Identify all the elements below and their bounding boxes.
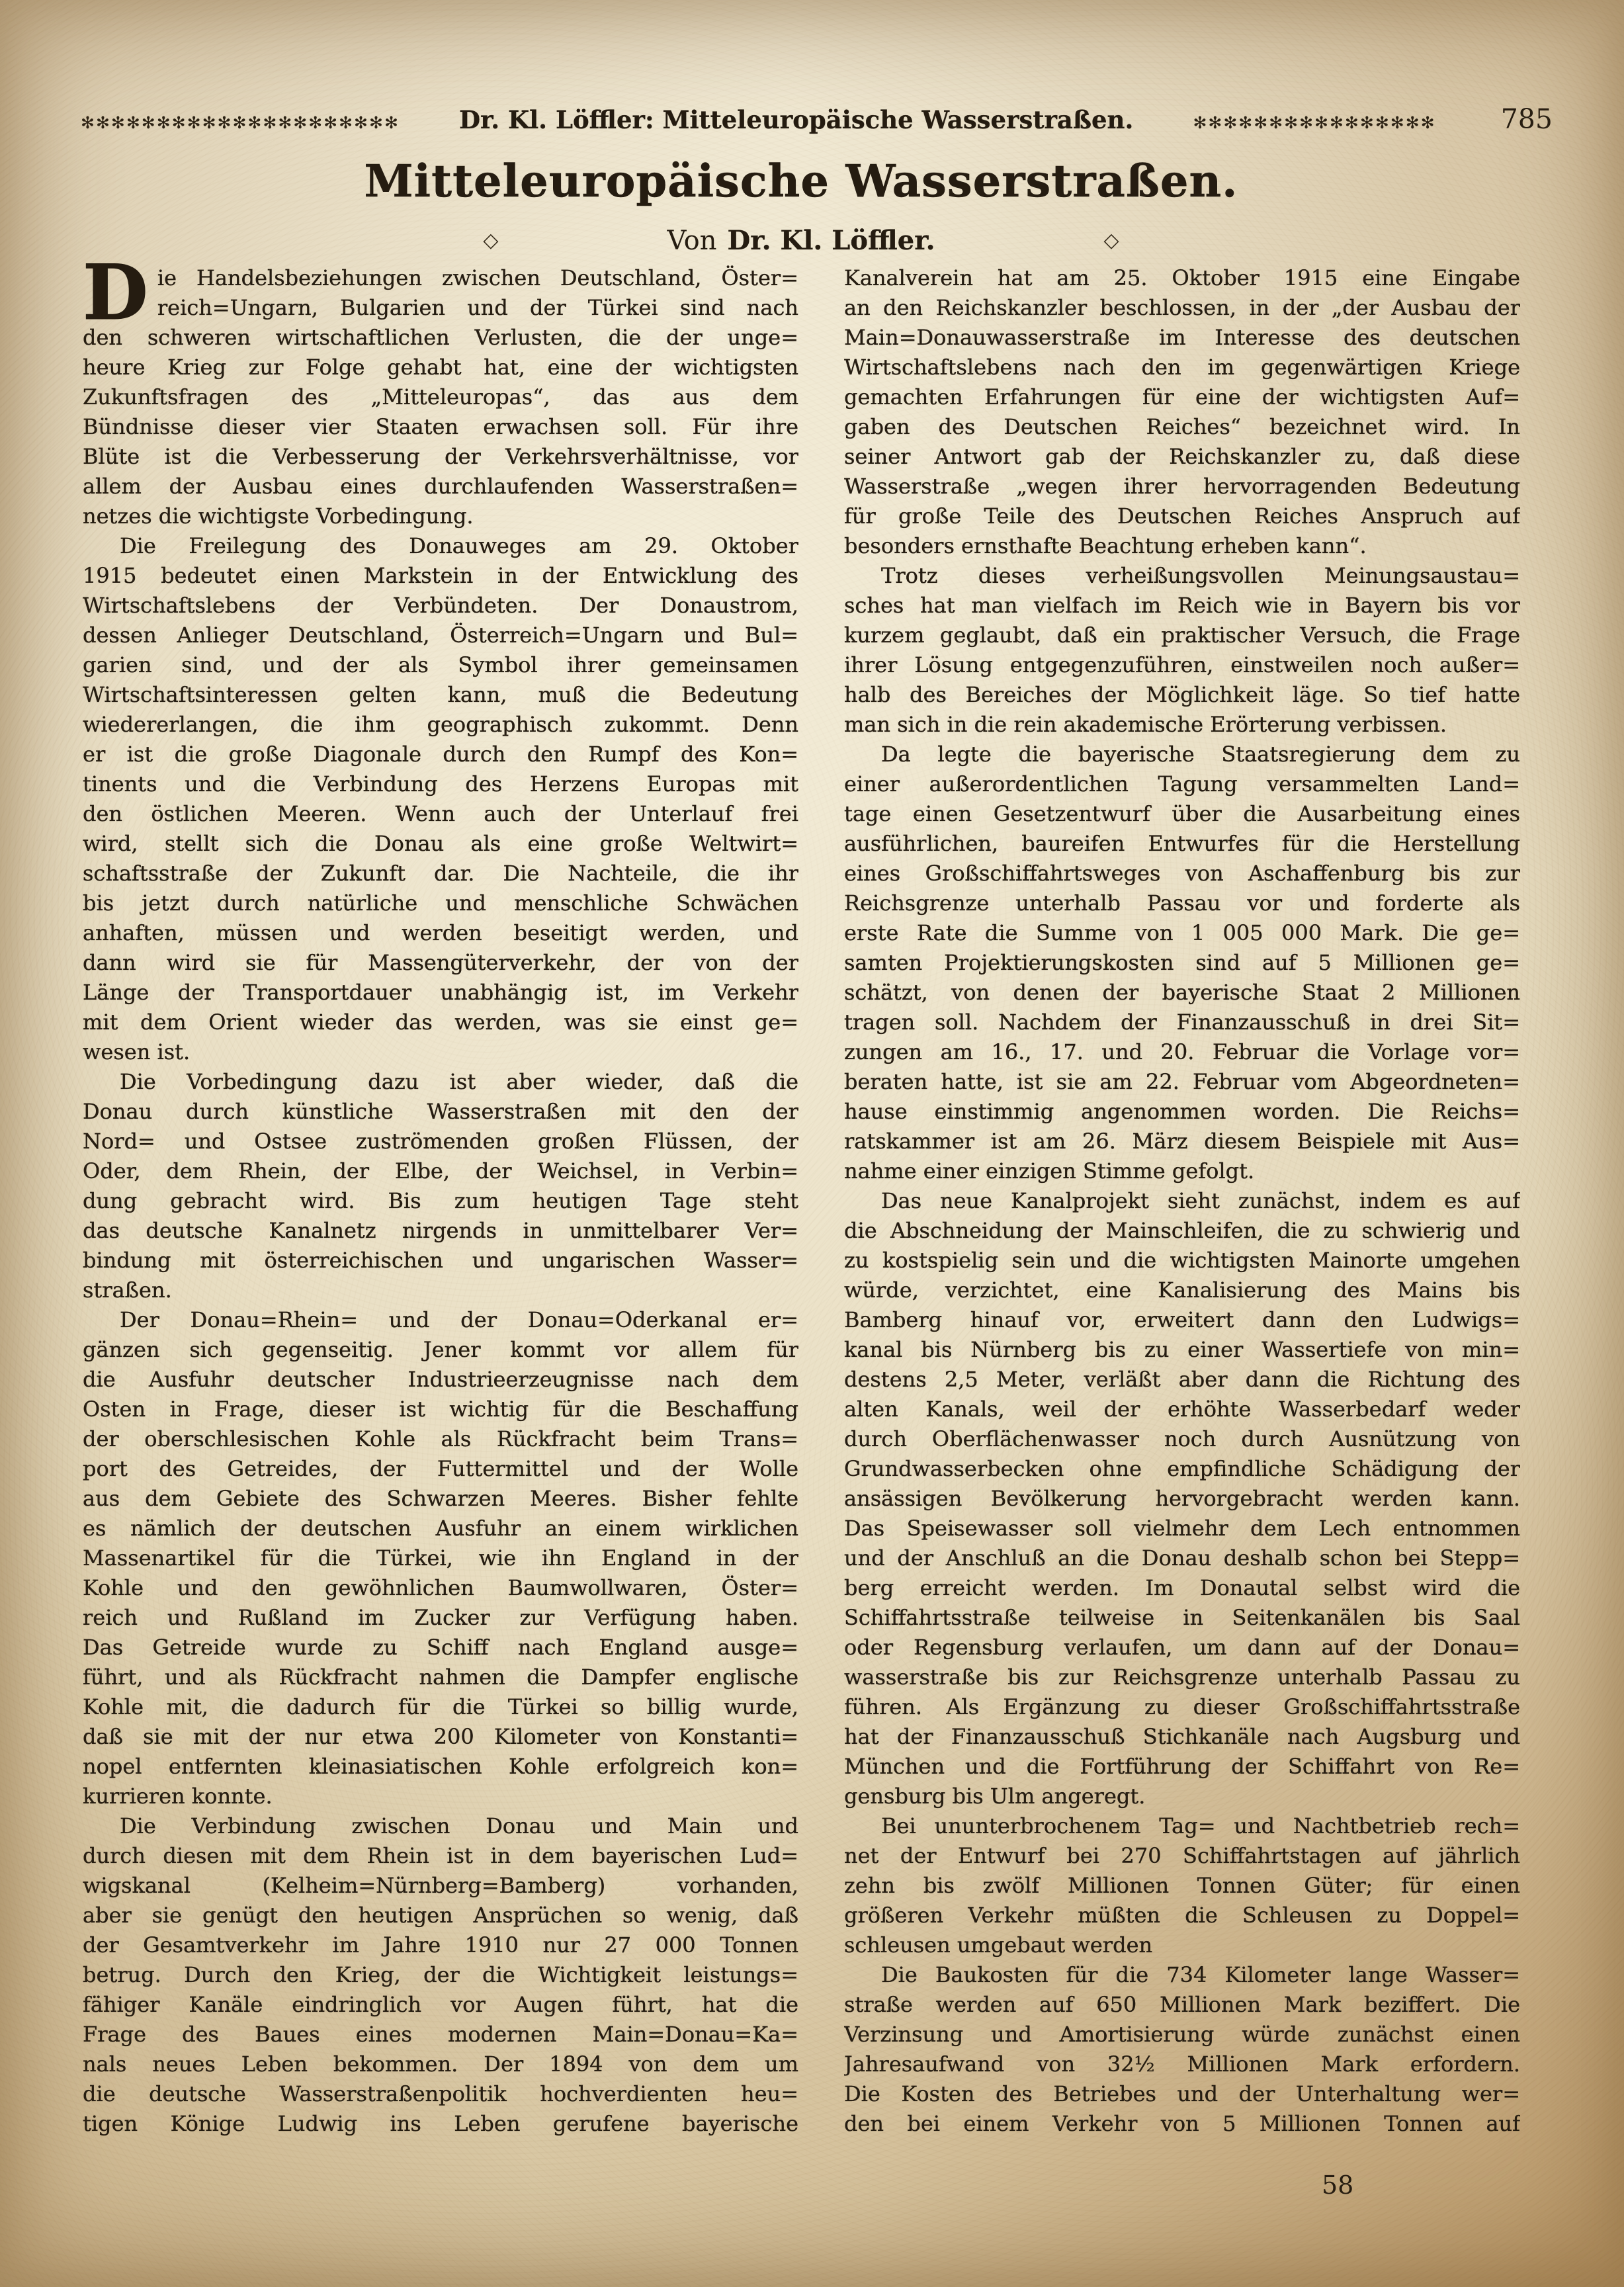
text-line: Main=Donauwasserstraße im Interesse des … [844,323,1520,353]
text-line: allem der Ausbau eines durchlaufenden Wa… [83,472,798,501]
text-line: dessen Anlieger Deutschland, Österreich=… [83,621,798,650]
running-head: ✻✻✻✻✻✻✻✻✻✻✻✻✻✻✻✻✻✻✻✻✻ Dr. Kl. Löffler: M… [81,103,1553,135]
text-line: beraten hatte, ist sie am 22. Februar vo… [844,1067,1520,1097]
text-line: und der Anschluß an die Donau deshalb sc… [844,1543,1520,1573]
byline-author: Dr. Kl. Löffler. [728,225,935,256]
text-line: tinents und die Verbindung des Herzens E… [83,769,798,799]
text-line: alten Kanals, weil der erhöhte Wasserbed… [844,1395,1520,1424]
text-line: garien sind, und der als Symbol ihrer ge… [83,650,798,680]
text-line: hause einstimmig angenommen worden. Die … [844,1097,1520,1127]
text-line: den östlichen Meeren. Wenn auch der Unte… [83,799,798,829]
text-line: Bamberg hinauf vor, erweitert dann den L… [844,1305,1520,1335]
text-line: dann wird sie für Massengüterverkehr, de… [83,948,798,978]
text-line: Kanalverein hat am 25. Oktober 1915 eine… [844,263,1520,293]
text-line: das deutsche Kanalnetz nirgends in unmit… [83,1216,798,1246]
ornament-row-left-icon: ✻✻✻✻✻✻✻✻✻✻✻✻✻✻✻✻✻✻✻✻✻ [81,113,400,132]
text-line: bindung mit österreichischen und ungaris… [83,1246,798,1275]
text-line: Die Kosten des Betriebes und der Unterha… [844,2079,1520,2109]
text-line: tragen soll. Nachdem der Finanzausschuß … [844,1008,1520,1037]
text-line: seiner Antwort gab der Reichskanzler zu,… [844,442,1520,472]
text-line: München und die Fortführung der Schiffah… [844,1752,1520,1782]
paragraph: Die Handelsbeziehungen zwischen Deutschl… [83,263,798,531]
text-line: Kohle und den gewöhnlichen Baumwollwaren… [83,1573,798,1603]
text-line: nals neues Leben bekommen. Der 1894 von … [83,2050,798,2079]
text-line: Bündnisse dieser vier Staaten erwachsen … [83,412,798,442]
scanned-journal-page: ✻✻✻✻✻✻✻✻✻✻✻✻✻✻✻✻✻✻✻✻✻ Dr. Kl. Löffler: M… [0,0,1624,2287]
text-line: Die Baukosten für die 734 Kilometer lang… [844,1960,1520,1990]
text-line: Donau durch künstliche Wasserstraßen mit… [83,1097,798,1127]
text-line: eines Großschiffahrtsweges von Aschaffen… [844,859,1520,888]
text-line: ausführlichen, baureifen Entwurfes für d… [844,829,1520,859]
text-line: Osten in Frage, dieser ist wichtig für d… [83,1395,798,1424]
text-line: für große Teile des Deutschen Reiches An… [844,501,1520,531]
text-column-left: Die Handelsbeziehungen zwischen Deutschl… [83,263,798,2139]
text-line: net der Entwurf bei 270 Schiffahrtstagen… [844,1841,1520,1871]
text-line: Grundwasserbecken ohne empfindliche Schä… [844,1454,1520,1484]
text-line: destens 2,5 Meter, verläßt aber dann die… [844,1365,1520,1395]
text-line: Reichsgrenze unterhalb Passau vor und fo… [844,888,1520,918]
page-number: 785 [1501,103,1553,135]
signature-number: 58 [1322,2171,1353,2200]
text-line: Der Donau=Rhein= und der Donau=Oderkanal… [83,1305,798,1335]
text-line: gaben des Deutschen Reiches“ bezeichnet … [844,412,1520,442]
text-line: zungen am 16., 17. und 20. Februar die V… [844,1037,1520,1067]
text-line: kurrieren konnte. [83,1782,798,1811]
text-line: Das Getreide wurde zu Schiff nach Englan… [83,1633,798,1662]
text-line: durch Oberflächenwasser noch durch Ausnü… [844,1424,1520,1454]
text-line: ratskammer ist am 26. März diesem Beispi… [844,1127,1520,1156]
byline-text: VonDr. Kl. Löffler. [667,225,935,256]
text-line: Blüte ist die Verbesserung der Verkehrsv… [83,442,798,472]
text-line: ie Handelsbeziehungen zwischen Deutschla… [157,263,798,293]
text-line: ihrer Lösung entgegenzuführen, einstweil… [844,650,1520,680]
text-line: Länge der Transportdauer unabhängig ist,… [83,978,798,1008]
byline-prefix: Von [667,226,716,256]
article-title: Mitteleuropäische Wasserstraßen. [83,155,1519,207]
text-line: gensburg bis Ulm angeregt. [844,1782,1520,1811]
text-line: wesen ist. [83,1037,798,1067]
text-line: gemachten Erfahrungen für eine der wicht… [844,382,1520,412]
text-line: straße werden auf 650 Millionen Mark bez… [844,1990,1520,2020]
text-line: Die Vorbedingung dazu ist aber wieder, d… [83,1067,798,1097]
text-line: Wirtschaftsinteressen gelten kann, muß d… [83,680,798,710]
text-line: gänzen sich gegenseitig. Jener kommt vor… [83,1335,798,1365]
text-line: Das neue Kanalprojekt sieht zunächst, in… [844,1186,1520,1216]
text-line: Kohle mit, die dadurch für die Türkei so… [83,1692,798,1722]
drop-cap-initial: D [83,263,157,322]
text-line: den schweren wirtschaftlichen Verlusten,… [83,323,798,353]
diamond-ornament-left-icon: ◇ [483,229,498,252]
diamond-ornament-right-icon: ◇ [1104,229,1119,252]
text-line: kanal bis Nürnberg bis zu einer Wasserti… [844,1335,1520,1365]
text-line: Nord= und Ostsee zuströmenden großen Flü… [83,1127,798,1156]
text-line: der oberschlesischen Kohle als Rückfrach… [83,1424,798,1454]
paragraph: Trotz dieses verheißungsvollen Meinungsa… [844,561,1520,740]
text-line: aus dem Gebiete des Schwarzen Meeres. Bi… [83,1484,798,1514]
paragraph: Die Freilegung des Donauweges am 29. Okt… [83,531,798,1067]
text-line: Das Speisewasser soll vielmehr dem Lech … [844,1514,1520,1543]
paragraph: Die Baukosten für die 734 Kilometer lang… [844,1960,1520,2139]
text-line: betrug. Durch den Krieg, der die Wichtig… [83,1960,798,1990]
text-line: Da legte die bayerische Staatsregierung … [844,740,1520,769]
text-line: berg erreicht werden. Im Donautal selbst… [844,1573,1520,1603]
paragraph: Bei ununterbrochenem Tag= und Nachtbetri… [844,1811,1520,1960]
text-line: schleusen umgebaut werden [844,1930,1520,1960]
text-line: zu kostspielig sein und die wichtigsten … [844,1246,1520,1275]
text-line: der Gesamtverkehr im Jahre 1910 nur 27 0… [83,1930,798,1960]
text-line: größeren Verkehr müßten die Schleusen zu… [844,1901,1520,1930]
text-line: man sich in die rein akademische Erörter… [844,710,1520,740]
text-line: nahme einer einzigen Stimme gefolgt. [844,1156,1520,1186]
text-line: wird, stellt sich die Donau als eine gro… [83,829,798,859]
byline: ◇ VonDr. Kl. Löffler. ◇ [83,225,1519,256]
text-line: Die Verbindung zwischen Donau und Main u… [83,1811,798,1841]
text-line: Wirtschaftslebens nach den im gegenwärti… [844,353,1520,382]
text-line: reich und Rußland im Zucker zur Verfügun… [83,1603,798,1633]
text-line: besonders ernsthafte Beachtung erheben k… [844,531,1520,561]
text-column-right: Kanalverein hat am 25. Oktober 1915 eine… [844,263,1520,2139]
text-line: er ist die große Diagonale durch den Rum… [83,740,798,769]
text-line: die deutsche Wasserstraßenpolitik hochve… [83,2079,798,2109]
text-line: die Abschneidung der Mainschleifen, die … [844,1216,1520,1246]
text-line: tigen Könige Ludwig ins Leben gerufene b… [83,2109,798,2139]
running-title: Dr. Kl. Löffler: Mitteleuropäische Wasse… [459,105,1133,134]
text-line: Schiffahrtsstraße teilweise in Seitenkan… [844,1603,1520,1633]
text-line: zehn bis zwölf Millionen Tonnen Güter; f… [844,1871,1520,1901]
text-line: tage einen Gesetzentwurf über die Ausarb… [844,799,1520,829]
text-line: oder Regensburg verlaufen, um dann auf d… [844,1633,1520,1662]
text-line: wiedererlangen, die ihm geographisch zuk… [83,710,798,740]
ornament-row-right-icon: ✻✻✻✻✻✻✻✻✻✻✻✻✻✻✻✻ [1193,113,1435,132]
text-line: halb des Bereiches der Möglichkeit läge.… [844,680,1520,710]
text-line: dung gebracht wird. Bis zum heutigen Tag… [83,1186,798,1216]
text-line: heure Krieg zur Folge gehabt hat, eine d… [83,353,798,382]
paragraph: Das neue Kanalprojekt sieht zunächst, in… [844,1186,1520,1811]
text-line: kurzem geglaubt, daß ein praktischer Ver… [844,621,1520,650]
text-line: Frage des Baues eines modernen Main=Dona… [83,2020,798,2050]
text-line: port des Getreides, der Futtermittel und… [83,1454,798,1484]
text-line: reich=Ungarn, Bulgarien und der Türkei s… [157,293,798,323]
text-line: Wasserstraße „wegen ihrer hervorragenden… [844,472,1520,501]
text-line: würde, verzichtet, eine Kanalisierung de… [844,1275,1520,1305]
paragraph: Da legte die bayerische Staatsregierung … [844,740,1520,1186]
text-line: nopel entfernten kleinasiatischen Kohle … [83,1752,798,1782]
text-line: den bei einem Verkehr von 5 Millionen To… [844,2109,1520,2139]
text-line: wigskanal (Kelheim=Nürnberg=Bamberg) vor… [83,1871,798,1901]
text-line: anhaften, müssen und werden beseitigt we… [83,918,798,948]
text-line: sches hat man vielfach im Reich wie in B… [844,591,1520,621]
text-line: 1915 bedeutet einen Markstein in der Ent… [83,561,798,591]
text-line: schätzt, von denen der bayerische Staat … [844,978,1520,1008]
text-line: ansässigen Bevölkerung hervorgebracht we… [844,1484,1520,1514]
text-line: Verzinsung und Amortisierung würde zunäc… [844,2020,1520,2050]
text-line: Die Freilegung des Donauweges am 29. Okt… [83,531,798,561]
text-line: bis jetzt durch natürliche und menschlic… [83,888,798,918]
text-line: Zukunftsfragen des „Mitteleuropas“, das … [83,382,798,412]
text-line: wasserstraße bis zur Reichsgrenze unterh… [844,1662,1520,1692]
text-line: Bei ununterbrochenem Tag= und Nachtbetri… [844,1811,1520,1841]
text-line: Trotz dieses verheißungsvollen Meinungsa… [844,561,1520,591]
text-line: einer außerordentlichen Tagung versammel… [844,769,1520,799]
text-line: Oder, dem Rhein, der Elbe, der Weichsel,… [83,1156,798,1186]
text-line: schaftsstraße der Zukunft dar. Die Nacht… [83,859,798,888]
paragraph: Der Donau=Rhein= und der Donau=Oderkanal… [83,1305,798,1811]
paragraph: Die Vorbedingung dazu ist aber wieder, d… [83,1067,798,1305]
text-line: aber sie genügt den heutigen Ansprüchen … [83,1901,798,1930]
text-line: Wirtschaftslebens der Verbündeten. Der D… [83,591,798,621]
text-line: führt, und als Rückfracht nahmen die Dam… [83,1662,798,1692]
text-line: an den Reichskanzler beschlossen, in der… [844,293,1520,323]
text-line: hat der Finanzausschuß Stichkanäle nach … [844,1722,1520,1752]
paragraph: Kanalverein hat am 25. Oktober 1915 eine… [844,263,1520,561]
text-line: es nämlich der deutschen Ausfuhr an eine… [83,1514,798,1543]
paragraph: Die Verbindung zwischen Donau und Main u… [83,1811,798,2139]
text-line: Jahresaufwand von 32½ Millionen Mark erf… [844,2050,1520,2079]
text-line: führen. Als Ergänzung zu dieser Großschi… [844,1692,1520,1722]
text-line: Massenartikel für die Türkei, wie ihn En… [83,1543,798,1573]
text-line: die Ausfuhr deutscher Industrieerzeugnis… [83,1365,798,1395]
text-line: daß sie mit der nur etwa 200 Kilometer v… [83,1722,798,1752]
text-line: durch diesen mit dem Rhein ist in dem ba… [83,1841,798,1871]
text-line: netzes die wichtigste Vorbedingung. [83,501,798,531]
text-line: erste Rate die Summe von 1 005 000 Mark.… [844,918,1520,948]
text-line: straßen. [83,1275,798,1305]
text-line: mit dem Orient wieder das werden, was si… [83,1008,798,1037]
text-line: samten Projektierungskosten sind auf 5 M… [844,948,1520,978]
text-line: fähiger Kanäle eindringlich vor Augen fü… [83,1990,798,2020]
